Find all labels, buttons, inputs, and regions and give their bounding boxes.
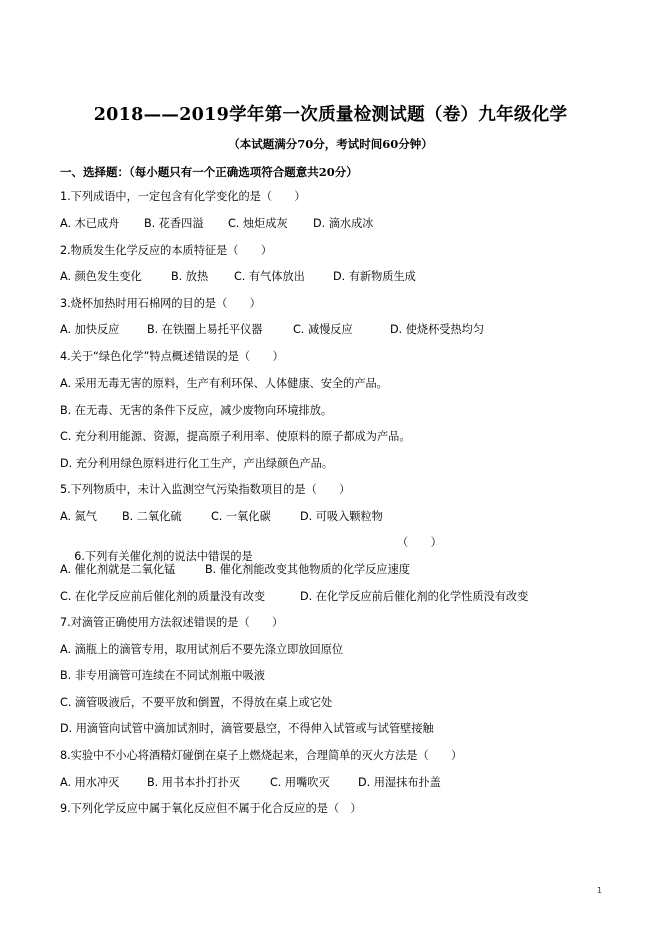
option-c: C. 滴管吸液后，不要平放和倒置，不得放在桌上或它处 — [60, 696, 332, 710]
option-b: B. 用书本扑打扑灭 — [147, 776, 270, 790]
option-b: B. 放热 — [171, 270, 234, 284]
option-c: C. 有气体放出 — [234, 270, 333, 284]
question-8-options: A. 用水冲灭B. 用书本扑打扑灭C. 用嘴吹灭D. 用湿抹布扑盖 — [60, 776, 441, 790]
option-a: A. 采用无毒无害的原料，生产有利环保、人体健康、安全的产品。 — [60, 377, 388, 391]
option-d: D. 用湿抹布扑盖 — [358, 776, 441, 790]
option-d: D. 滴水成冰 — [313, 217, 373, 231]
option-a: A. 用水冲灭 — [60, 776, 147, 790]
option-d: D. 充分利用绿色原料进行化工生产，产出绿颜色产品。 — [60, 457, 333, 471]
option-a: A. 催化剂就是二氧化锰 — [60, 563, 205, 577]
page-number: 1 — [597, 886, 602, 895]
question-6-options-row2: C. 在化学反应前后催化剂的质量没有改变D. 在化学反应前后催化剂的化学性质没有… — [60, 590, 528, 604]
option-d: D. 用滴管向试管中滴加试剂时，滴管要悬空，不得伸入试管或与试管壁接触 — [60, 722, 434, 736]
question-1-options: A. 木已成舟B. 花香四溢C. 烛炬成灰D. 滴水成冰 — [60, 217, 373, 231]
question-5-stem: 5.下列物质中，未计入监测空气污染指数项目的是（ ） — [60, 483, 350, 497]
option-c: C. 用嘴吹灭 — [270, 776, 358, 790]
option-c: C. 一氧化碳 — [211, 510, 300, 524]
option-d: D. 在化学反应前后催化剂的化学性质没有改变 — [300, 590, 528, 604]
section-heading: 一、选择题：（每小题只有一个正确选项符合题意共20分） — [60, 164, 358, 180]
exam-title: 2018——2019学年第一次质量检测试题（卷）九年级化学 — [0, 101, 661, 126]
option-a: A. 木已成舟 — [60, 217, 144, 231]
exam-subtitle: （本试题满分70分，考试时间60分钟） — [0, 136, 661, 152]
question-3-stem: 3.烧杯加热时用石棉网的目的是（ ） — [60, 297, 261, 311]
option-c: C. 减慢反应 — [293, 323, 390, 337]
question-6-answer-paren: （ ） — [397, 536, 442, 550]
question-6-options: A. 催化剂就是二氧化锰B. 催化剂能改变其他物质的化学反应速度 — [60, 563, 410, 577]
option-c: C. 烛炬成灰 — [228, 217, 313, 231]
option-b: B. 在铁圈上易托平仪器 — [147, 323, 293, 337]
option-a: A. 加快反应 — [60, 323, 147, 337]
option-d: D. 使烧杯受热均匀 — [390, 323, 484, 337]
question-3-options: A. 加快反应B. 在铁圈上易托平仪器C. 减慢反应D. 使烧杯受热均匀 — [60, 323, 484, 337]
option-d: D. 可吸入颗粒物 — [300, 510, 383, 524]
option-b: B. 非专用滴管可连续在不同试剂瓶中吸液 — [60, 669, 265, 683]
option-a: A. 氮气 — [60, 510, 122, 524]
question-5-options: A. 氮气B. 二氧化硫C. 一氧化碳D. 可吸入颗粒物 — [60, 510, 383, 524]
question-9-stem: 9.下列化学反应中属于氧化反应但不属于化合反应的是（ ） — [60, 802, 362, 816]
option-c: C. 充分利用能源、资源，提高原子利用率、使原料的原子都成为产品。 — [60, 430, 411, 444]
option-d: D. 有新物质生成 — [333, 270, 416, 284]
question-2-stem: 2.物质发生化学反应的本质特征是（ ） — [60, 244, 272, 258]
option-a: A. 颜色发生变化 — [60, 270, 171, 284]
question-8-stem: 8.实验中不小心将酒精灯碰倒在桌子上燃烧起来，合理简单的灭火方法是（ ） — [60, 749, 462, 763]
question-2-options: A. 颜色发生变化B. 放热C. 有气体放出D. 有新物质生成 — [60, 270, 416, 284]
question-4-stem: 4.关于“绿色化学”特点概述错误的是（ ） — [60, 350, 284, 364]
option-b: B. 二氧化硫 — [122, 510, 211, 524]
question-1-stem: 1.下列成语中，一定包含有化学变化的是（ ） — [60, 190, 306, 204]
option-b: B. 催化剂能改变其他物质的化学反应速度 — [205, 563, 410, 577]
option-a: A. 滴瓶上的滴管专用，取用试剂后不要先涤立即放回原位 — [60, 643, 343, 657]
option-b: B. 花香四溢 — [144, 217, 228, 231]
question-6-stem-text: 6.下列有关催化剂的说法中错误的是 — [74, 550, 253, 563]
question-7-stem: 7.对滴管正确使用方法叙述错误的是（ ） — [60, 616, 283, 630]
option-c: C. 在化学反应前后催化剂的质量没有改变 — [60, 590, 300, 604]
option-b: B. 在无毒、无害的条件下反应，减少废物向环境排放。 — [60, 404, 332, 418]
